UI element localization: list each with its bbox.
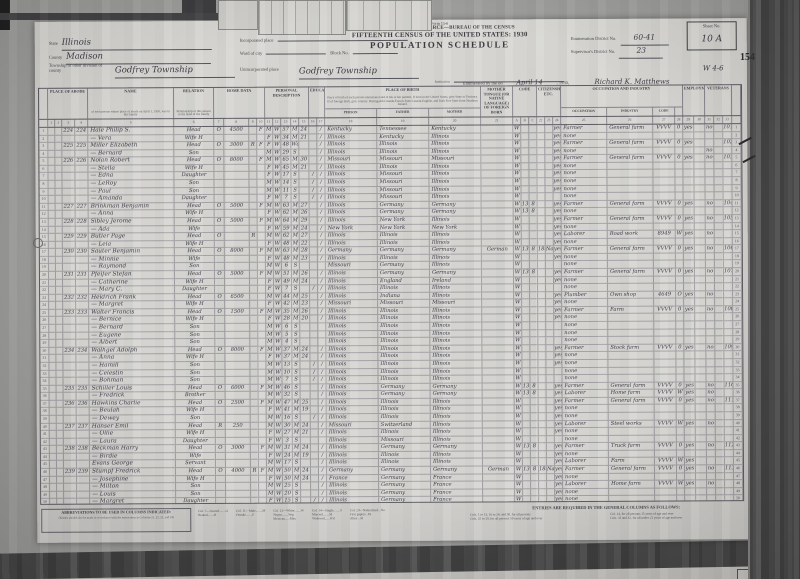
unincorporated-value: Godfrey Township (299, 66, 377, 76)
unincorporated-place-field: Unincorporated place Godfrey Township (240, 60, 419, 80)
scan-artifact (0, 13, 252, 20)
column-group: PERSONAL DESCRIPTION (265, 87, 309, 117)
scan-artifact (346, 0, 432, 31)
abbreviation-column: Col. 7—Owned........O Rented........R (198, 509, 228, 521)
column-group: PLACE OF ABODE (48, 89, 88, 119)
census-page: State Illinois County Madison Township o… (35, 18, 750, 543)
form-footer: ABBREVIATIONS TO BE USED IN COLUMNS INDI… (40, 503, 744, 539)
column-group: EDUCATION (309, 87, 325, 117)
scan-artifact (218, 0, 258, 30)
column-group: CODE (513, 86, 537, 116)
column-group: PLACE OF BIRTHPlace of birth of each per… (325, 87, 481, 118)
sheet-number-box: Sheet No. 10 A (687, 21, 737, 50)
scan-artifact (182, 0, 216, 13)
entries-rule: Cols. 25 to 29, for all persons 10 years… (470, 516, 602, 521)
supervisor-district-field: Supervisor's District No. 23 (571, 40, 664, 59)
column-group: VETERANS (705, 85, 732, 115)
column-group (732, 85, 741, 115)
column-group: NAMEof each person whose place of abode … (88, 88, 174, 118)
enumerator-annotation: W 4-6 (703, 64, 724, 72)
scan-artifact (33, 238, 43, 248)
page-stamp: 154 (740, 52, 755, 63)
sheet-number-value: 10 A (701, 34, 722, 44)
township-field: Township or other division of county God… (49, 59, 235, 79)
schedule-title: POPULATION SCHEDULE (318, 39, 562, 50)
column-group: EMPLOYMENT (683, 85, 705, 115)
column-group: CITIZENSHIP, ETC. (537, 86, 561, 116)
supervisor-district-value: 23 (636, 46, 646, 55)
abbreviation-column: Col. 12—White........W Negro........Neg … (273, 508, 304, 520)
abbreviations-box: ABBREVIATIONS TO BE USED IN COLUMNS INDI… (41, 508, 191, 533)
column-group: HOME DATA (214, 88, 265, 118)
census-scan: Form 15-6 State Illinois County Madison … (0, 0, 800, 579)
column-group: MOTHER TONGUE (OR NATIVE LANGUAGE) OF FO… (481, 86, 513, 116)
film-right-band (750, 0, 800, 579)
abbreviation-column: Col. 11—Male........M Female........F (236, 509, 265, 521)
abbreviation-column: Col. 23—Naturalized...Na First papers...… (350, 508, 385, 521)
column-group: RELATIONRelationship of this person to t… (174, 88, 214, 118)
column-group: OCCUPATION AND INDUSTRYOCCUPATIONINDUSTR… (561, 85, 683, 116)
census-title: FIFTEENTH CENSUS OF THE UNITED STATES: 1… (318, 31, 562, 39)
entries-rule: Cols. 31 and 32, for all males 21 years … (610, 515, 742, 520)
township-value: Godfrey Township (115, 65, 193, 75)
abbreviation-column: Col. 14—Single........S Married........M… (312, 508, 342, 520)
scan-artifact (258, 0, 346, 35)
column-group (39, 89, 48, 119)
population-schedule-table: PLACE OF ABODENAMEof each person whose p… (38, 84, 744, 505)
column-group-headers: PLACE OF ABODENAMEof each person whose p… (39, 85, 741, 120)
entries-required-box: ENTRIES ARE REQUIRED IN THE GENERAL COLU… (470, 505, 742, 521)
